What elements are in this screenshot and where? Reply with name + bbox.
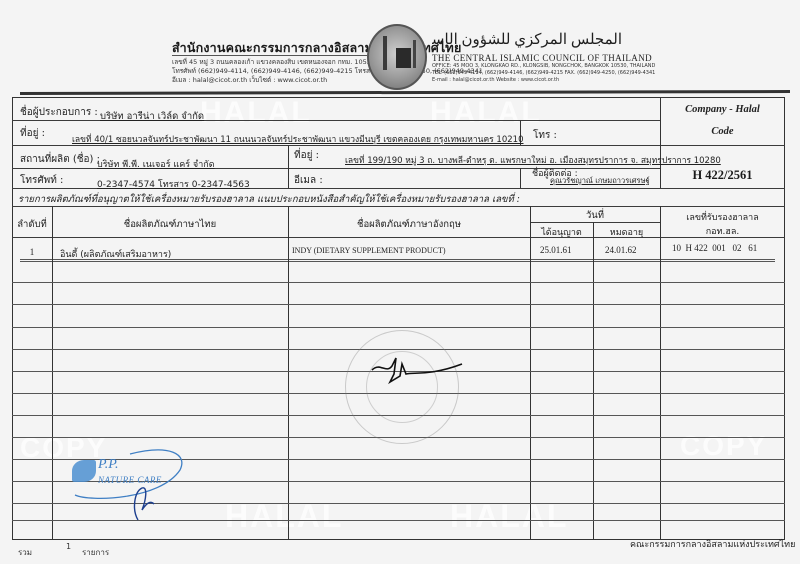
halal-certificate-attachment-page: สำนักงานคณะกรรมการกลางอิสลามแห่งประเทศไท…	[0, 0, 800, 564]
company-signature-icon	[70, 440, 190, 530]
column-divider	[288, 145, 289, 188]
factory-address-value: เลขที่ 199/190 หมู่ 3 ถ. บางพลี-ตำหรุ ต.…	[345, 153, 721, 167]
row-approved-date: 25.01.61	[540, 245, 572, 255]
footer-total-label: รวม	[18, 546, 32, 559]
row-cert-no: 10 H 422 001 02 61	[672, 243, 757, 253]
footer-issuer: คณะกรรมการกลางอิสลามแห่งประเทศไทย	[630, 537, 795, 551]
letterhead-english-address: OFFICE: 45 MOO 3, KLONGKAO RD., KLONGSIB…	[432, 63, 655, 84]
empty-row-line	[12, 282, 785, 283]
english-address-line: OFFICE: 45 MOO 3, KLONGKAO RD., KLONGSIB…	[432, 63, 655, 70]
operator-value: บริษัท อารีน่า เวิล์ด จำกัด	[100, 109, 204, 124]
column-divider	[530, 206, 531, 540]
tel-label: โทร :	[533, 128, 557, 143]
product-list-caption: รายการผลิตภัณฑ์ที่อนุญาตให้ใช้เครื่องหมา…	[18, 192, 520, 207]
column-divider	[52, 206, 53, 540]
company-halal-code-title: Company - Halal	[660, 104, 785, 115]
row-english-name: INDY (DIETARY SUPPLEMENT PRODUCT)	[292, 246, 446, 255]
kaaba-shape	[396, 48, 411, 68]
factory-address-label: ที่อยู่ :	[294, 148, 319, 163]
column-divider	[593, 222, 594, 540]
minaret-shape	[383, 36, 387, 70]
empty-row-line	[12, 327, 785, 328]
operator-label: ชื่อผู้ประกอบการ :	[20, 105, 98, 120]
english-contact-line: TEL. (662)949-4114, (662)949-4146, (662)…	[432, 70, 655, 77]
company-halal-code-subtitle: Code	[660, 126, 785, 137]
header-expires: หมดอายุ	[593, 225, 660, 239]
factory-value: บริษัท พี.พี. เนเจอร์ แคร์ จำกัด	[97, 157, 215, 171]
phone-label: โทรศัพท์ :	[20, 173, 63, 188]
header-approved: ได้อนุญาต	[530, 225, 593, 239]
letterhead-rule	[172, 55, 367, 56]
factory-label: สถานที่ผลิต (ชื่อ) :	[20, 152, 100, 167]
address-label: ที่อยู่ :	[20, 126, 45, 141]
phone-value: 0-2347-4574 โทรสาร 0-2347-4563	[97, 177, 250, 191]
header-date-group: วันที่	[530, 208, 660, 223]
footer-items-label: รายการ	[82, 546, 109, 559]
company-halal-code: H 422/2561	[660, 168, 785, 183]
footer-total-count: 1	[66, 542, 71, 551]
row-thai-name: อินดี้ (ผลิตภัณฑ์เสริมอาหาร)	[60, 247, 171, 261]
empty-row-line	[12, 304, 785, 305]
row-expiry-date: 24.01.62	[605, 245, 637, 255]
english-email-line: E-mail : halal@cicot.or.th Website : www…	[432, 77, 655, 84]
header-english-name: ชื่อผลิตภัณฑ์ภาษาอังกฤษ	[288, 217, 530, 232]
column-divider	[520, 168, 521, 188]
table-top-border	[12, 206, 785, 207]
council-seal-icon	[367, 24, 427, 90]
header-cert-no: เลขที่รับรองฮาลาล	[660, 210, 785, 224]
minaret-shape	[413, 40, 416, 68]
header-cert-no-sub: กอท.ฮล.	[660, 224, 785, 238]
header-no: ลำดับที่	[12, 217, 52, 232]
letterhead-divider	[20, 90, 790, 95]
letterhead-english-title: THE CENTRAL ISLAMIC COUNCIL OF THAILAND	[432, 53, 652, 63]
email-label: อีเมล :	[294, 173, 323, 188]
header-thai-name: ชื่อผลิตภัณฑ์ภาษาไทย	[52, 217, 288, 232]
contact-value: คุณวรัชญาณ์ เกษมถาวรเศรษฐ์	[550, 175, 650, 187]
letterhead-arabic-title: المجلس المركزي للشؤون الإسلامية بتايلاند	[432, 30, 622, 50]
address-value: เลขที่ 40/1 ซอยนวลจันทร์ประชาพัฒนา 11 ถน…	[72, 132, 523, 146]
authorized-signature-icon	[370, 352, 465, 392]
row-no: 1	[12, 247, 52, 257]
column-divider	[660, 206, 661, 540]
column-divider	[288, 206, 289, 540]
